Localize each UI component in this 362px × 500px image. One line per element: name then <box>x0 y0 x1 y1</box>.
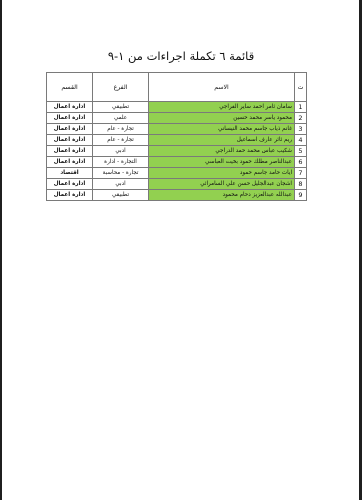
table-row: 3 غانم ذياب جاسم محمد النيساني تجارة - ع… <box>47 124 307 135</box>
row-branch: تجارة - عام <box>93 135 149 146</box>
row-num: 3 <box>295 124 307 135</box>
row-branch: التجارة - ادارة <box>93 157 149 168</box>
table-row: 9 عبدالله عبدالعزيز دحام محمود تطبيقي اد… <box>47 190 307 201</box>
header-num: ت <box>295 73 307 102</box>
row-branch: ادبي <box>93 179 149 190</box>
row-dept: ادارة اعمال <box>47 124 93 135</box>
table-row: 2 محمود ياسر محمد حسين علمي ادارة اعمال <box>47 113 307 124</box>
row-branch: تطبيقي <box>93 102 149 113</box>
header-name: الاسم <box>149 73 295 102</box>
row-dept: ادارة اعمال <box>47 135 93 146</box>
table-row: 7 ايات حامد جاسم حمود تجارة - محاسبة اقت… <box>47 168 307 179</box>
header-branch: الفرع <box>93 73 149 102</box>
row-branch: تجارة - عام <box>93 124 149 135</box>
row-num: 8 <box>295 179 307 190</box>
row-dept: ادارة اعمال <box>47 179 93 190</box>
row-branch: تجارة - محاسبة <box>93 168 149 179</box>
table-row: 4 ريم ثائر عارف اسماعيل تجارة - عام ادار… <box>47 135 307 146</box>
row-name: اشجان عبدالجليل حسن علي السامرائي <box>149 179 295 190</box>
row-name: عبدالناصر مطلك حمود بخيت العباسي <box>149 157 295 168</box>
row-branch: علمي <box>93 113 149 124</box>
row-dept: ادارة اعمال <box>47 190 93 201</box>
row-num: 1 <box>295 102 307 113</box>
row-dept: ادارة اعمال <box>47 157 93 168</box>
row-branch: تطبيقي <box>93 190 149 201</box>
table-row: 8 اشجان عبدالجليل حسن علي السامرائي ادبي… <box>47 179 307 190</box>
table-row: 6 عبدالناصر مطلك حمود بخيت العباسي التجا… <box>47 157 307 168</box>
student-roster-table: ت الاسم الفرع القسم 1 سامان ثامر احمد سا… <box>46 72 307 201</box>
row-branch: ادبي <box>93 146 149 157</box>
row-name: ايات حامد جاسم حمود <box>149 168 295 179</box>
page-title: قائمة ٦ تكملة اجراءات من ١-٩ <box>0 49 362 63</box>
row-dept: ادارة اعمال <box>47 102 93 113</box>
row-num: 9 <box>295 190 307 201</box>
row-dept: ادارة اعمال <box>47 113 93 124</box>
row-num: 7 <box>295 168 307 179</box>
row-num: 5 <box>295 146 307 157</box>
table-row: 1 سامان ثامر احمد ساير الفراجي تطبيقي اد… <box>47 102 307 113</box>
row-num: 4 <box>295 135 307 146</box>
row-name: سامان ثامر احمد ساير الفراجي <box>149 102 295 113</box>
row-num: 2 <box>295 113 307 124</box>
row-name: شكيب عباس محمد حمد الدراجي <box>149 146 295 157</box>
row-dept: اقتصاد <box>47 168 93 179</box>
row-name: غانم ذياب جاسم محمد النيساني <box>149 124 295 135</box>
row-num: 6 <box>295 157 307 168</box>
row-name: ريم ثائر عارف اسماعيل <box>149 135 295 146</box>
table-header-row: ت الاسم الفرع القسم <box>47 73 307 102</box>
table-row: 5 شكيب عباس محمد حمد الدراجي ادبي ادارة … <box>47 146 307 157</box>
row-name: عبدالله عبدالعزيز دحام محمود <box>149 190 295 201</box>
row-dept: ادارة اعمال <box>47 146 93 157</box>
header-dept: القسم <box>47 73 93 102</box>
row-name: محمود ياسر محمد حسين <box>149 113 295 124</box>
